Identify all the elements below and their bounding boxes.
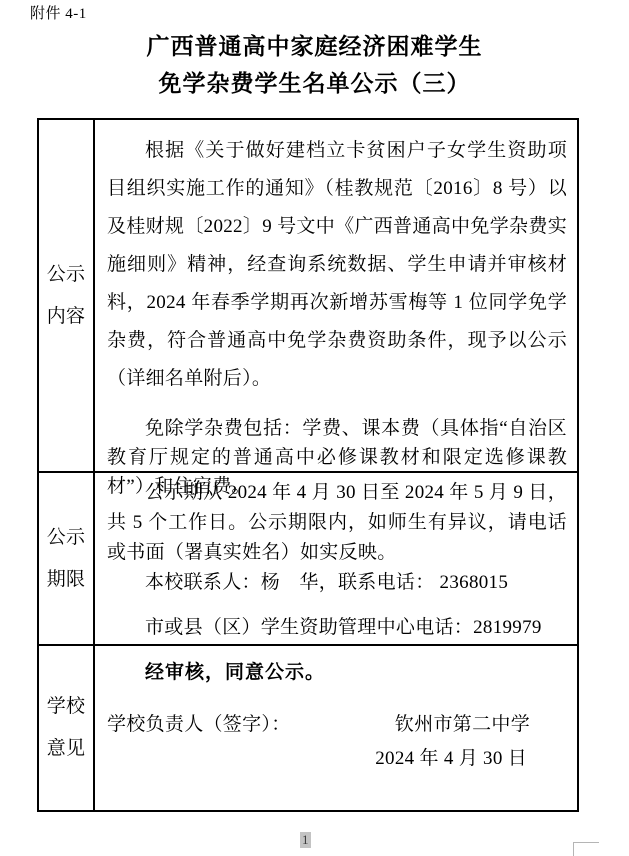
signature-label: 学校负责人（签字）： <box>107 710 291 740</box>
row-header-content-label: 公示内容 <box>46 254 86 338</box>
aid-center-phone-line: 市或县（区）学生资助管理中心电话：2819979 <box>107 613 567 643</box>
opinion-cell: 经审核，同意公示。 学校负责人（签字）： 钦州市第二中学 2024 年 4 月 … <box>95 646 577 810</box>
document-title: 广西普通高中家庭经济困难学生 免学杂费学生名单公示（三） <box>0 28 629 102</box>
period-cell: 公示期从 2024 年 4 月 30 日至 2024 年 5 月 9 日，共 5… <box>95 473 577 646</box>
document-title-line1: 广西普通高中家庭经济困难学生 <box>0 28 629 65</box>
approval-statement: 经审核，同意公示。 <box>107 658 567 688</box>
school-contact-line: 本校联系人：杨 华，联系电话： 2368015 <box>107 568 567 598</box>
row-header-period: 公示期限 <box>39 473 95 646</box>
row-header-opinion-label: 学校意见 <box>46 686 86 770</box>
school-name: 钦州市第二中学 <box>395 710 530 740</box>
notice-table: 公示内容 根据《关于做好建档立卡贫困户子女学生资助项目组织实施工作的通知》（桂教… <box>37 118 579 812</box>
signature-row: 学校负责人（签字）： 钦州市第二中学 <box>107 710 567 740</box>
row-header-content: 公示内容 <box>39 120 95 473</box>
content-cell: 根据《关于做好建档立卡贫困户子女学生资助项目组织实施工作的通知》（桂教规范〔20… <box>95 120 577 473</box>
row-header-opinion: 学校意见 <box>39 646 95 810</box>
page-number-badge: 1 <box>300 832 311 848</box>
margin-corner-mark <box>573 842 599 856</box>
document-title-line2: 免学杂费学生名单公示（三） <box>0 65 629 102</box>
document-page: 附件 4-1 广西普通高中家庭经济困难学生 免学杂费学生名单公示（三） 公示内容… <box>0 0 629 856</box>
row-header-period-label: 公示期限 <box>46 517 86 601</box>
period-paragraph: 公示期从 2024 年 4 月 30 日至 2024 年 5 月 9 日，共 5… <box>107 478 567 568</box>
attachment-label: 附件 4-1 <box>30 2 87 23</box>
content-paragraph-basis: 根据《关于做好建档立卡贫困户子女学生资助项目组织实施工作的通知》（桂教规范〔20… <box>107 132 567 398</box>
signature-date: 2024 年 4 月 30 日 <box>107 744 567 774</box>
